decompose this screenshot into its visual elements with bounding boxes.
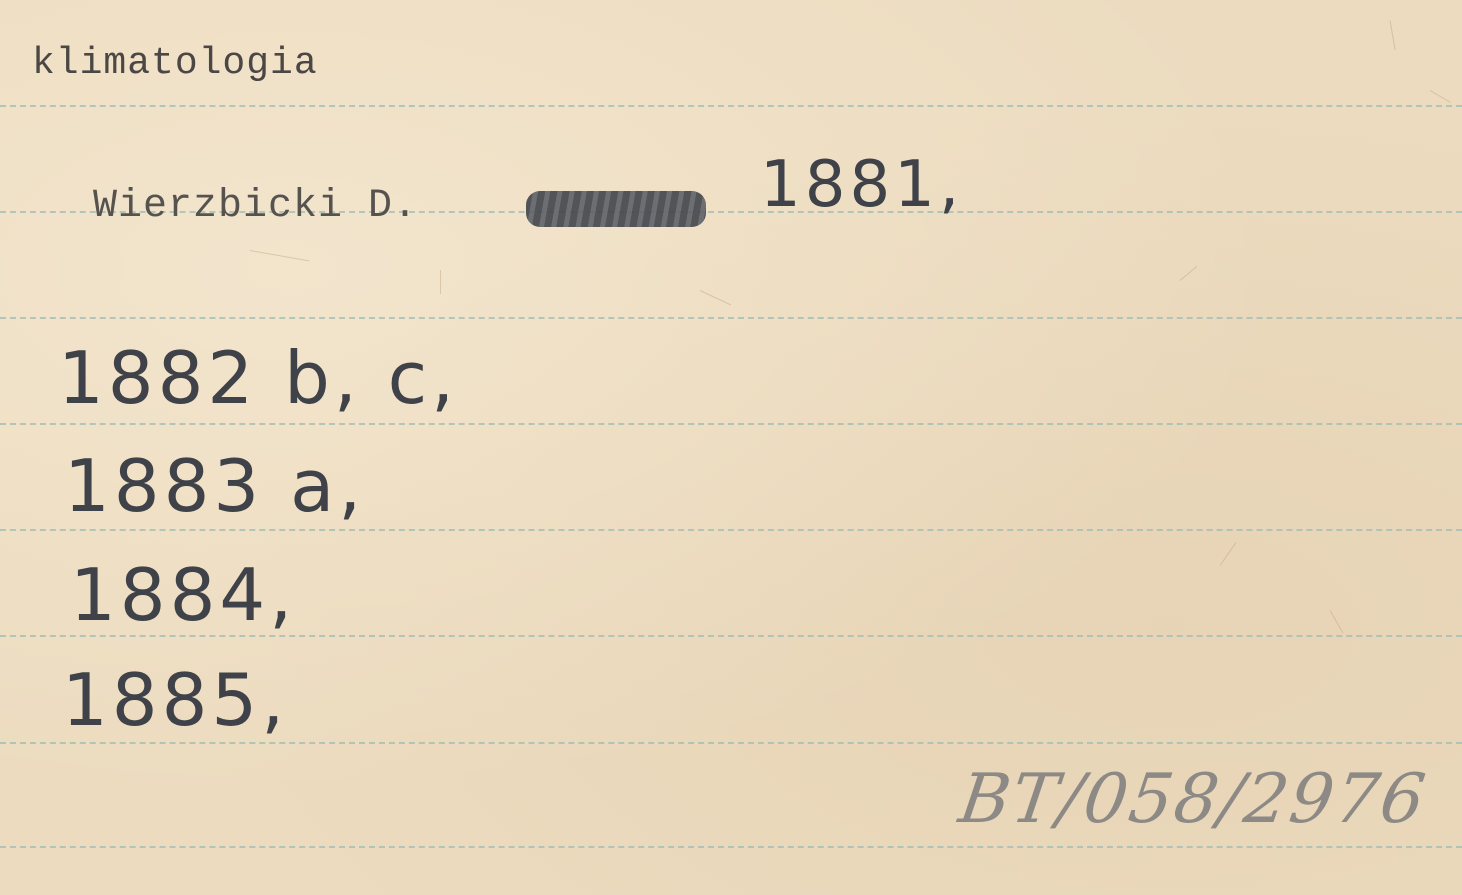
- author-name: Wierzbicki D.: [93, 184, 418, 229]
- paper-fiber: [1430, 90, 1451, 103]
- handwritten-line: 1883 a,: [64, 444, 365, 528]
- ruled-line: [0, 105, 1462, 107]
- paper-fiber: [700, 290, 731, 305]
- ruled-line: [0, 846, 1462, 848]
- ruled-line: [0, 423, 1462, 425]
- paper-fiber: [1390, 20, 1396, 50]
- handwritten-line: 1885,: [62, 658, 288, 742]
- ruled-line: [0, 529, 1462, 531]
- paper-fiber: [1220, 542, 1237, 566]
- subject-heading: klimatologia: [32, 42, 318, 85]
- ruled-line: [0, 742, 1462, 744]
- handwritten-line: 1882 b, c,: [58, 336, 458, 420]
- call-number: BT/058/2976: [954, 760, 1431, 839]
- handwritten-year-1881: 1881,: [760, 148, 963, 222]
- ruled-line: [0, 317, 1462, 319]
- paper-fiber: [1330, 610, 1344, 633]
- paper-fiber: [1180, 266, 1197, 281]
- paper-fiber: [440, 270, 441, 294]
- handwritten-line: 1884,: [70, 553, 296, 637]
- paper-fiber: [250, 250, 309, 261]
- struck-out-text: [526, 191, 706, 227]
- catalog-card: klimatologia Wierzbicki D. 1881, 1882 b,…: [0, 0, 1462, 895]
